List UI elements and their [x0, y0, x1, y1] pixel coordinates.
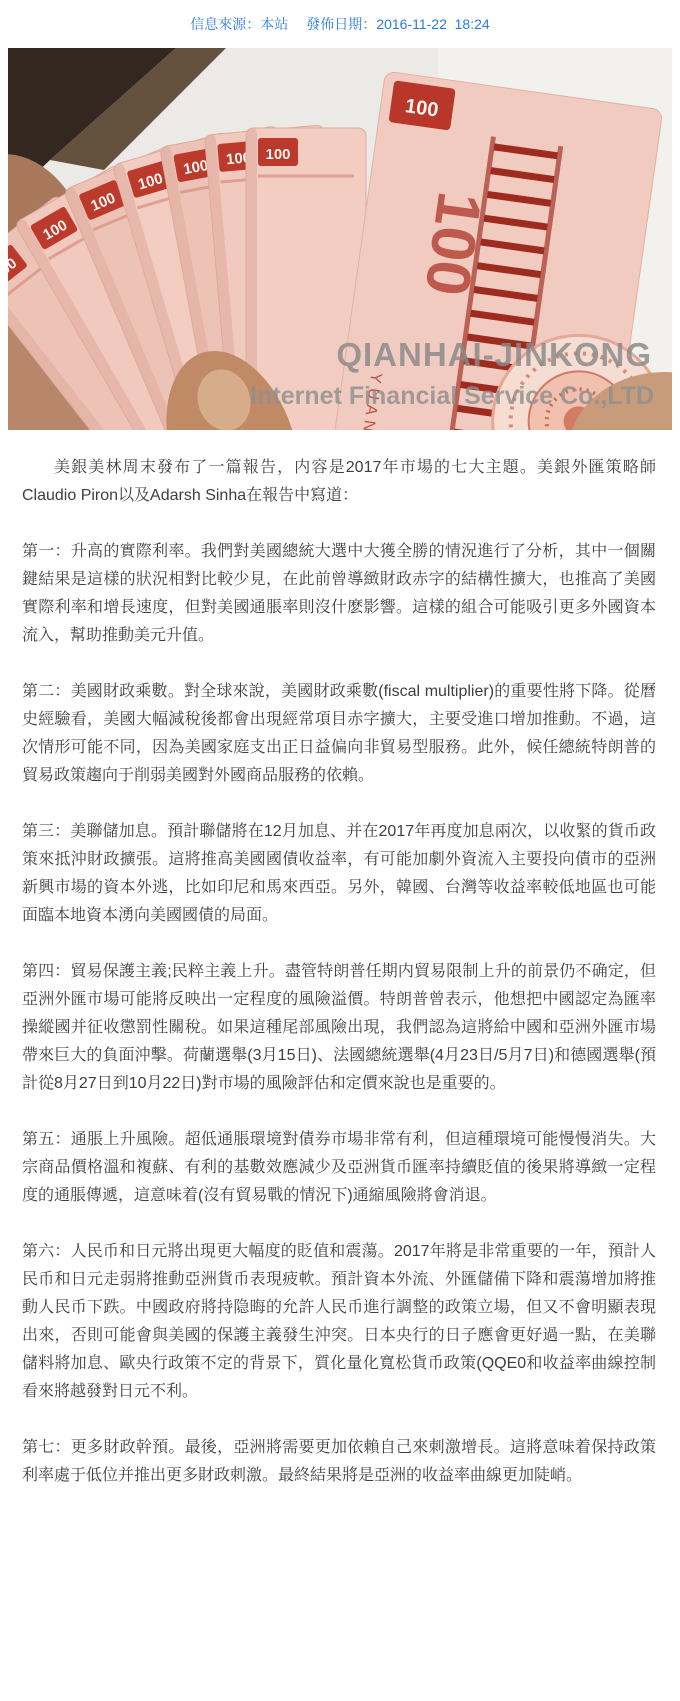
article-paragraph: 第三：美聯儲加息。預計聯儲將在12月加息、并在2017年再度加息兩次，以收緊的貨… — [22, 818, 656, 930]
article-page: 信息來源：本站發佈日期：2016-11-22 18:24 100 — [0, 0, 680, 1678]
article-paragraphs: 第一：升高的實際利率。我們對美國總統大選中大獲全勝的情況進行了分析，其中一個關鍵… — [22, 538, 656, 1490]
watermark-company-subtitle: Internet Financial Service Co.,LTD — [250, 382, 654, 410]
svg-text:100: 100 — [404, 95, 440, 121]
publish-date-label: 發佈日期：2016-11-22 18:24 — [306, 16, 489, 32]
watermark-company-name: QIANHAI-JINKONG — [336, 336, 652, 373]
banknotes-photo-illustration: 100 100 100 — [8, 48, 672, 430]
article-intro: 美銀美林周末發布了一篇報告，内容是2017年市場的七大主題。美銀外匯策略師Cla… — [22, 454, 656, 510]
svg-text:100: 100 — [265, 146, 290, 163]
article-paragraph: 第五：通脹上升風險。超低通脹環境對債券市場非常有利，但這種環境可能慢慢消失。大宗… — [22, 1126, 656, 1210]
article-paragraph: 第七：更多財政幹預。最後，亞洲將需要更加依賴自己來刺激增長。這將意味着保持政策利… — [22, 1434, 656, 1490]
article-body: 美銀美林周末發布了一篇報告，内容是2017年市場的七大主題。美銀外匯策略師Cla… — [0, 430, 680, 1678]
article-paragraph: 第二：美國財政乘數。對全球來說，美國財政乘數(fiscal multiplier… — [22, 678, 656, 790]
article-paragraph: 第一：升高的實際利率。我們對美國總統大選中大獲全勝的情況進行了分析，其中一個關鍵… — [22, 538, 656, 650]
article-photo-banknotes: 100 100 100 — [8, 48, 672, 430]
meta-bar: 信息來源：本站發佈日期：2016-11-22 18:24 — [0, 0, 680, 42]
source-label: 信息來源：本站 — [190, 16, 288, 32]
article-paragraph: 第四：貿易保護主義;民粹主義上升。盡管特朗普任期内貿易限制上升的前景仍不确定，但… — [22, 958, 656, 1098]
article-paragraph: 第六：人民币和日元將出現更大幅度的貶值和震蕩。2017年將是非常重要的一年，預計… — [22, 1238, 656, 1406]
